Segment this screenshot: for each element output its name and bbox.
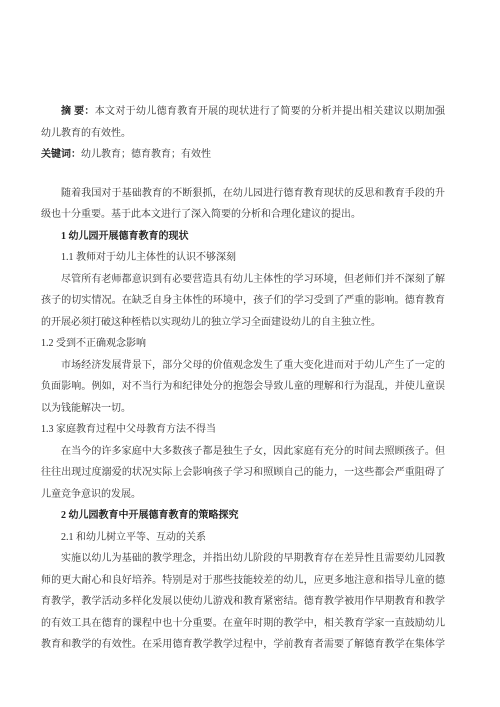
section-1-2-line-1: 市场经济发展背景下，部分父母的价值观念发生了重大变化进而对于幼儿产生了一定的 (41, 355, 445, 377)
section-1-heading: 1 幼儿园开展德育教育的现状 (41, 226, 445, 248)
section-1-1-line-1: 尽管所有老师都意识到有必要营造具有幼儿主体性的学习环境，但老师们并不深刻了解 (41, 269, 445, 291)
keywords-text: 幼儿教育；德育教育；有效性 (81, 149, 211, 160)
abstract-line-1: 摘 要：本文对于幼儿德育教育开展的现状进行了简要的分析并提出相关建议以期加强 (41, 101, 445, 123)
section-1-2-line-2: 负面影响。例如，对不当行为和纪律处分的抱怨会导致儿童的理解和行为混乱，并使儿童误 (41, 376, 445, 398)
section-2-1-line-1: 实施以幼儿为基础的教学理念，并指出幼儿阶段的早期教育存在差异性且需要幼儿园教 (41, 548, 445, 570)
abstract-line-2: 幼儿教育的有效性。 (41, 123, 445, 145)
document-content: 摘 要：本文对于幼儿德育教育开展的现状进行了简要的分析并提出相关建议以期加强 幼… (0, 0, 500, 656)
keywords-line: 关键词：幼儿教育；德育教育；有效性 (41, 144, 445, 166)
section-2-1-line-2: 师的更大耐心和良好培养。特别是对于那些技能较差的幼儿，应更多地注意和指导儿童的德 (41, 570, 445, 592)
section-1-3-line-3: 儿童竞争意识的发展。 (41, 484, 445, 506)
section-2-1-line-5: 教育和教学的有效性。在采用德育教学教学过程中，学前教育者需要了解德育教学在集体学 (41, 634, 445, 656)
intro-line-1: 随着我国对于基础教育的不断狠抓，在幼儿园进行德育教育现状的反思和教育手段的升 (41, 183, 445, 205)
section-1-2-line-3: 以为钱能解决一切。 (41, 398, 445, 420)
section-2-heading: 2 幼儿园教育中开展德育教育的策略探究 (41, 505, 445, 527)
section-1-1-line-2: 孩子的切实情况。在缺乏自身主体性的环境中，孩子们的学习受到了严重的影响。德育教育 (41, 290, 445, 312)
abstract-text-1: 本文对于幼儿德育教育开展的现状进行了简要的分析并提出相关建议以期加强 (95, 106, 445, 117)
section-1-1-line-3: 的开展必须打破这种桎梏以实现幼儿的独立学习全面建设幼儿的自主独立性。 (41, 312, 445, 334)
section-2-1-heading: 2.1 和幼儿树立平等、互动的关系 (41, 527, 445, 549)
blank-line (41, 166, 445, 183)
section-1-3-heading: 1.3 家庭教育过程中父母教育方法不得当 (41, 419, 445, 441)
section-2-1-line-3: 育教学，教学活动多样化发展以使幼儿游戏和教育紧密结。德育教学被用作早期教育和教学 (41, 591, 445, 613)
section-1-3-line-2: 往往出现过度溺爱的状况实际上会影响孩子学习和照顾自己的能力，一这些都会严重阻碍了 (41, 462, 445, 484)
keywords-label: 关键词： (41, 149, 81, 160)
section-1-1-heading: 1.1 教师对于幼儿主体性的认识不够深刻 (41, 247, 445, 269)
section-1-2-heading: 1.2 受到不正确观念影响 (41, 333, 445, 355)
section-2-1-line-4: 的有效工具在德育的课程中也十分重要。在童年时期的教学中，相关教育学家一直鼓励幼儿 (41, 613, 445, 635)
abstract-label: 摘 要： (61, 106, 95, 117)
document-page: 摘 要：本文对于幼儿德育教育开展的现状进行了简要的分析并提出相关建议以期加强 幼… (0, 0, 500, 707)
section-1-3-line-1: 在当今的许多家庭中大多数孩子都是独生子女，因此家庭有充分的时间去照顾孩子。但 (41, 441, 445, 463)
intro-line-2: 级也十分重要。基于此本文进行了深入简要的分析和合理化建议的提出。 (41, 204, 445, 226)
